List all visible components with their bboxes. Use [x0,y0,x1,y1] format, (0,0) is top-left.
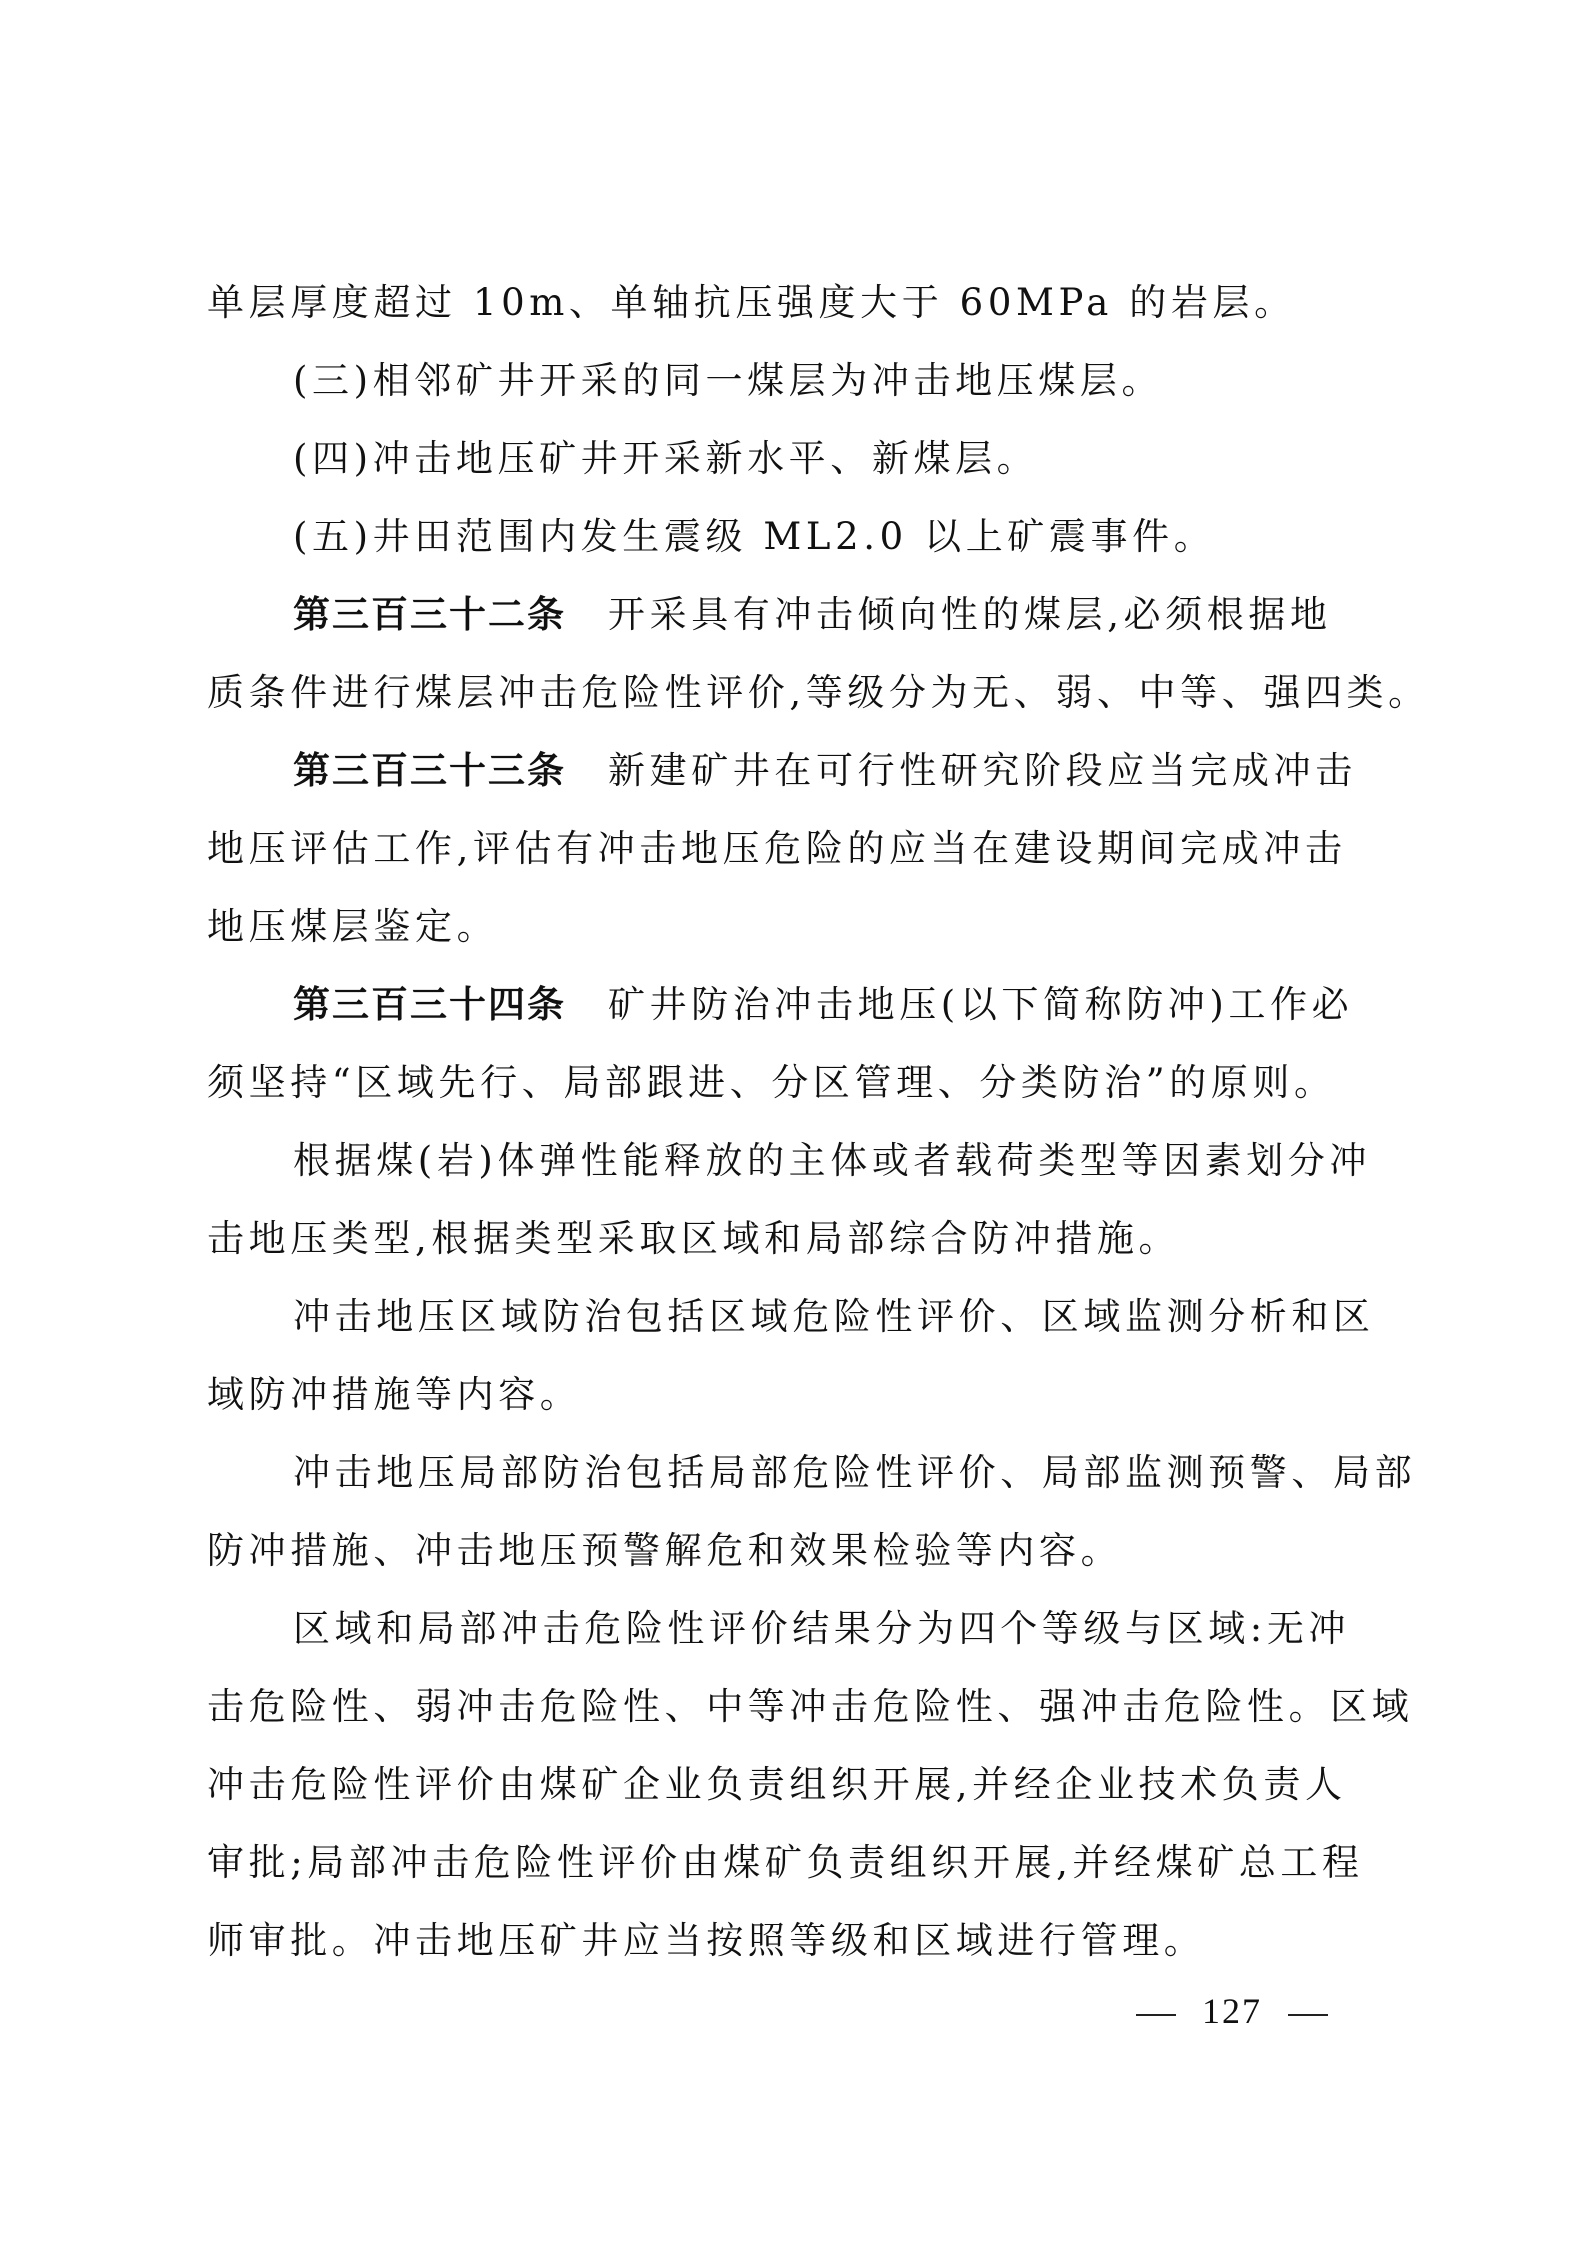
paragraph-line: 冲击地压局部防治包括局部危险性评价、局部监测预警、局部 [207,1434,1383,1512]
text-line-continuation: 单层厚度超过 10m、单轴抗压强度大于 60MPa 的岩层。 [207,264,1383,342]
page-number-value: 127 [1202,1991,1262,2031]
paragraph-line: 域防冲措施等内容。 [207,1356,1383,1434]
dash-decoration [1136,2014,1176,2016]
article-332-first-line: 第三百三十二条开采具有冲击倾向性的煤层,必须根据地 [207,576,1383,654]
article-number: 第三百三十四条 [293,983,566,1026]
article-334-line: 须坚持“区域先行、局部跟进、分区管理、分类防治”的原则。 [207,1044,1383,1122]
page-number: 127 [1110,1990,1354,2032]
article-text: 开采具有冲击倾向性的煤层,必须根据地 [608,593,1332,636]
paragraph-line: 击地压类型,根据类型采取区域和局部综合防冲措施。 [207,1200,1383,1278]
list-item-3: (三)相邻矿井开采的同一煤层为冲击地压煤层。 [207,342,1383,420]
article-334-first-line: 第三百三十四条矿井防治冲击地压(以下简称防冲)工作必 [207,966,1383,1044]
document-page: 单层厚度超过 10m、单轴抗压强度大于 60MPa 的岩层。 (三)相邻矿井开采… [207,264,1383,1980]
article-text: 新建矿井在可行性研究阶段应当完成冲击 [608,749,1357,792]
paragraph-line: 审批;局部冲击危险性评价由煤矿负责组织开展,并经煤矿总工程 [207,1824,1383,1902]
paragraph-line: 区域和局部冲击危险性评价结果分为四个等级与区域:无冲 [207,1590,1383,1668]
paragraph-line: 根据煤(岩)体弹性能释放的主体或者载荷类型等因素划分冲 [207,1122,1383,1200]
article-number: 第三百三十三条 [293,749,566,792]
article-332-line: 质条件进行煤层冲击危险性评价,等级分为无、弱、中等、强四类。 [207,654,1383,732]
article-333-line: 地压煤层鉴定。 [207,888,1383,966]
paragraph-line: 冲击危险性评价由煤矿企业负责组织开展,并经企业技术负责人 [207,1746,1383,1824]
paragraph-line: 防冲措施、冲击地压预警解危和效果检验等内容。 [207,1512,1383,1590]
paragraph-line: 师审批。冲击地压矿井应当按照等级和区域进行管理。 [207,1902,1383,1980]
article-333-line: 地压评估工作,评估有冲击地压危险的应当在建设期间完成冲击 [207,810,1383,888]
article-text: 矿井防治冲击地压(以下简称防冲)工作必 [608,983,1353,1026]
dash-decoration [1288,2014,1328,2016]
list-item-5: (五)井田范围内发生震级 ML2.0 以上矿震事件。 [207,498,1383,576]
paragraph-line: 冲击地压区域防治包括区域危险性评价、区域监测分析和区 [207,1278,1383,1356]
list-item-4: (四)冲击地压矿井开采新水平、新煤层。 [207,420,1383,498]
paragraph-line: 击危险性、弱冲击危险性、中等冲击危险性、强冲击危险性。区域 [207,1668,1383,1746]
article-number: 第三百三十二条 [293,593,566,636]
article-333-first-line: 第三百三十三条新建矿井在可行性研究阶段应当完成冲击 [207,732,1383,810]
